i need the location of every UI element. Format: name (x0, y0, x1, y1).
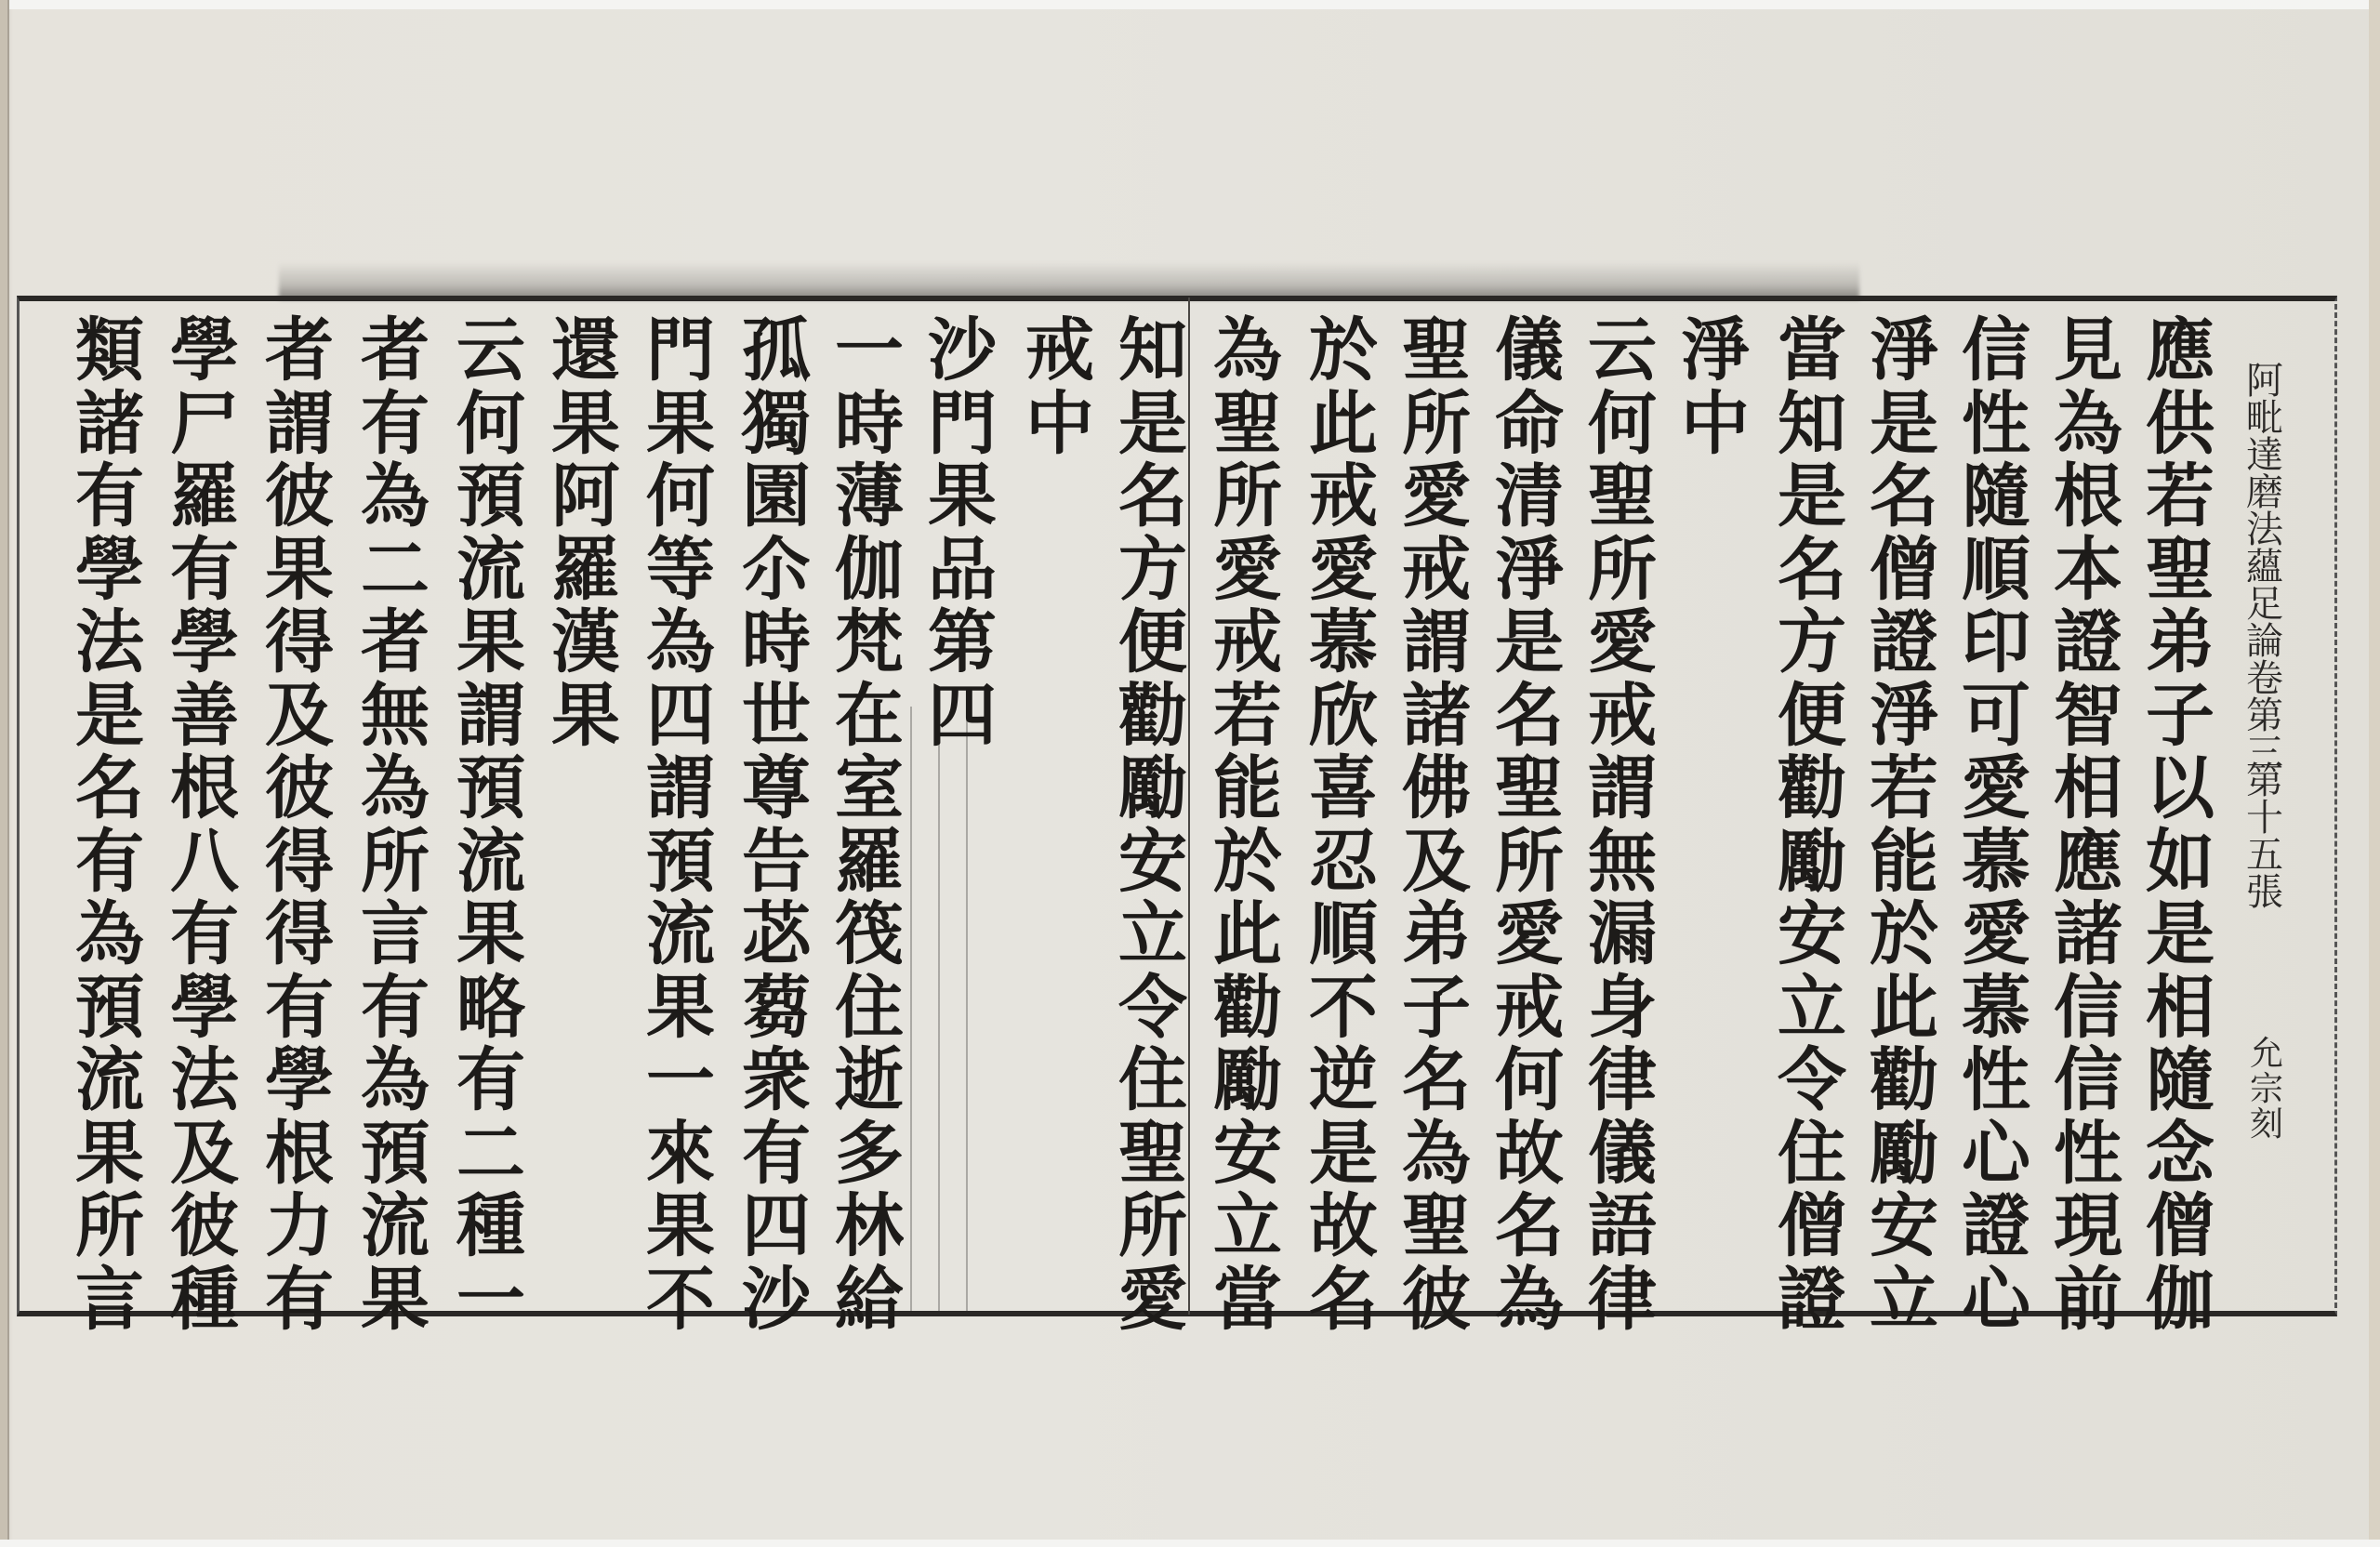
glyph: 者 (361, 606, 430, 680)
glyph: 謂 (265, 388, 334, 461)
glyph: 愛 (1118, 1263, 1187, 1337)
glyph: 及 (170, 1117, 239, 1191)
glyph: 僧 (1778, 1190, 1846, 1263)
glyph: 尸 (170, 388, 239, 461)
glyph: 性 (1962, 388, 2030, 461)
glyph: 根 (170, 752, 239, 826)
glyph: 梵 (835, 606, 904, 680)
glyph: 果 (646, 388, 715, 461)
glyph: 何 (1588, 388, 1657, 461)
glyph: 弟 (1402, 898, 1471, 972)
glyph: 預 (646, 826, 715, 899)
glyph: 名 (75, 752, 144, 826)
text-column-5: 當知是名方便勸勵安立令住僧證 (1765, 314, 1858, 1336)
glyph: 僧 (2146, 1190, 2215, 1263)
glyph: 果 (456, 898, 525, 972)
glyph: 果 (551, 680, 620, 753)
glyph: 信 (1962, 314, 2030, 388)
glyph: 種 (170, 1263, 239, 1337)
glyph: 流 (75, 1044, 144, 1117)
glyph: 淨 (1870, 314, 1938, 388)
glyph: 愛 (1588, 606, 1657, 680)
glyph: 果 (456, 606, 525, 680)
glyph: 聖 (1402, 1190, 1471, 1263)
glyph: 性 (2054, 1117, 2122, 1191)
glyph: 立 (1870, 1263, 1938, 1337)
glyph: 得 (265, 826, 334, 899)
text-column-11: 為聖所愛戒若能於此勸勵安立當 (1201, 314, 1294, 1336)
glyph: 是 (1778, 460, 1846, 534)
glyph: 有 (75, 460, 144, 534)
glyph: 門 (646, 314, 715, 388)
glyph: 隨 (2146, 1044, 2215, 1117)
glyph: 筏 (835, 898, 904, 972)
glyph: 苾 (742, 898, 811, 972)
glyph: 儀 (1495, 314, 1564, 388)
glyph: 勵 (1778, 826, 1846, 899)
glyph: 勵 (1118, 752, 1187, 826)
glyph: 安 (1778, 898, 1846, 972)
glyph: 所 (1402, 388, 1471, 461)
text-column-8: 儀命清淨是名聖所愛戒何故名為 (1483, 314, 1576, 1336)
glyph: 尒 (742, 534, 811, 607)
text-column-16: 孤獨園尒時世尊告苾蒭衆有四沙 (730, 314, 823, 1336)
glyph: 信 (2054, 972, 2122, 1045)
glyph: 有 (742, 1117, 811, 1191)
glyph: 允 (2250, 1037, 2283, 1072)
glyph: 是 (1118, 388, 1187, 461)
glyph: 得 (265, 606, 334, 680)
glyph: 四 (646, 680, 715, 753)
glyph: 聖 (1402, 314, 1471, 388)
glyph: 此 (1213, 898, 1282, 972)
glyph: 足 (2246, 586, 2283, 623)
glyph: 預 (456, 460, 525, 534)
glyph: 勸 (1870, 1044, 1938, 1117)
glyph: 便 (1118, 606, 1187, 680)
glyph: 略 (456, 972, 525, 1045)
glyph: 是 (1870, 388, 1938, 461)
glyph: 愛 (1402, 460, 1471, 534)
glyph: 勸 (1778, 752, 1846, 826)
glyph: 還 (551, 314, 620, 388)
glyph: 流 (456, 534, 525, 607)
glyph: 流 (646, 898, 715, 972)
glyph: 為 (2054, 388, 2122, 461)
glyph: 所 (1118, 1190, 1187, 1263)
glyph: 愛 (1962, 898, 2030, 972)
glyph: 等 (646, 534, 715, 607)
glyph: 第 (928, 606, 997, 680)
glyph: 住 (1778, 1117, 1846, 1191)
glyph: 名 (1309, 1263, 1378, 1337)
glyph: 令 (1118, 972, 1187, 1045)
glyph: 住 (835, 972, 904, 1045)
glyph: 法 (170, 1044, 239, 1117)
ink-smudge (279, 262, 1859, 299)
glyph: 流 (456, 826, 525, 899)
glyph: 知 (1118, 314, 1187, 388)
scanned-page: 阿毗達磨法蘊足論卷第三 第十五張 允宗刻 應供若聖弟子以如是相隨念僧伽 見為根本… (0, 0, 2380, 1547)
glyph: 言 (75, 1263, 144, 1337)
text-column-4: 淨是名僧證淨若能於此勸勵安立 (1858, 314, 1950, 1336)
glyph: 喜 (1309, 752, 1378, 826)
glyph: 愛 (1962, 752, 2030, 826)
glyph: 佛 (1402, 752, 1471, 826)
glyph: 二 (456, 1117, 525, 1191)
glyph: 無 (361, 680, 430, 753)
text-column-21: 者謂彼果得及彼得得有學根力有 (253, 314, 346, 1336)
glyph: 告 (742, 826, 811, 899)
glyph: 獨 (742, 388, 811, 461)
chapter-heading-column: 沙門果品第四 (916, 314, 1009, 752)
glyph: 能 (1870, 826, 1938, 899)
glyph: 僧 (1870, 534, 1938, 607)
scan-top-edge (0, 0, 2380, 9)
glyph: 若 (2146, 460, 2215, 534)
glyph: 淨 (1681, 314, 1750, 388)
glyph: 何 (646, 460, 715, 534)
glyph: 所 (1588, 534, 1657, 607)
glyph: 愛 (1213, 534, 1282, 607)
glyph: 心 (1962, 1117, 2030, 1191)
glyph: 根 (265, 1117, 334, 1191)
glyph: 刻 (2250, 1107, 2283, 1143)
glyph: 法 (2246, 511, 2283, 549)
glyph: 阿 (551, 460, 620, 534)
glyph: 為 (361, 752, 430, 826)
glyph: 愛 (1495, 898, 1564, 972)
glyph: 伽 (2146, 1263, 2215, 1337)
glyph: 及 (1402, 826, 1471, 899)
glyph: 蘊 (2246, 549, 2283, 586)
glyph: 如 (2146, 826, 2215, 899)
glyph: 流 (361, 1190, 430, 1263)
glyph: 有 (361, 972, 430, 1045)
glyph: 儀 (1588, 1117, 1657, 1191)
glyph: 沙 (928, 314, 997, 388)
glyph: 勵 (1870, 1117, 1938, 1191)
glyph: 有 (456, 1044, 525, 1117)
glyph: 有 (75, 826, 144, 899)
glyph: 供 (2146, 388, 2215, 461)
glyph: 漏 (1588, 898, 1657, 972)
glyph: 時 (835, 388, 904, 461)
glyph: 預 (456, 752, 525, 826)
text-column-19: 云何預流果謂預流果略有二種一 (444, 314, 537, 1336)
glyph: 證 (1870, 606, 1938, 680)
glyph: 命 (1495, 388, 1564, 461)
glyph: 有 (265, 1263, 334, 1337)
glyph: 果 (551, 388, 620, 461)
glyph: 安 (1870, 1190, 1938, 1263)
glyph: 慕 (1309, 606, 1378, 680)
glyph: 謂 (456, 680, 525, 753)
binding-edge (0, 0, 9, 1547)
glyph: 學 (170, 314, 239, 388)
glyph: 勵 (1213, 1044, 1282, 1117)
glyph: 印 (1962, 606, 2030, 680)
scan-bottom-edge (0, 1540, 2380, 1547)
glyph: 名 (1118, 460, 1187, 534)
glyph: 前 (2054, 1263, 2122, 1337)
glyph: 於 (1309, 314, 1378, 388)
glyph: 學 (170, 972, 239, 1045)
glyph: 聖 (2146, 534, 2215, 607)
glyph: 方 (1118, 534, 1187, 607)
glyph: 為 (361, 460, 430, 534)
glyph: 根 (2054, 460, 2122, 534)
glyph: 為 (646, 606, 715, 680)
glyph: 蒭 (742, 972, 811, 1045)
glyph: 所 (361, 826, 430, 899)
glyph: 現 (2054, 1190, 2122, 1263)
glyph: 是 (75, 680, 144, 753)
glyph: 羅 (551, 534, 620, 607)
glyph: 可 (1962, 680, 2030, 753)
glyph: 能 (1213, 752, 1282, 826)
glyph: 類 (75, 314, 144, 388)
glyph: 有 (170, 534, 239, 607)
glyph: 謂 (646, 752, 715, 826)
glyph: 應 (2054, 826, 2122, 899)
glyph: 預 (75, 972, 144, 1045)
glyph: 證 (1778, 1263, 1846, 1337)
glyph: 名 (1495, 680, 1564, 753)
glyph: 一 (456, 1263, 525, 1337)
glyph: 卷 (2246, 660, 2283, 697)
glyph: 張 (2246, 874, 2283, 911)
glyph: 及 (265, 680, 334, 753)
glyph: 為 (75, 898, 144, 972)
glyph: 者 (265, 314, 334, 388)
glyph: 相 (2146, 972, 2215, 1045)
glyph: 羅 (835, 826, 904, 899)
glyph: 勸 (1213, 972, 1282, 1045)
glyph: 淨 (1495, 534, 1564, 607)
glyph: 名 (1495, 1190, 1564, 1263)
glyph: 律 (1588, 1044, 1657, 1117)
glyph: 毗 (2246, 400, 2283, 437)
glyph: 名 (1870, 460, 1938, 534)
scan-right-edge (2369, 0, 2380, 1547)
text-column-22: 學尸羅有學善根八有學法及彼種 (158, 314, 251, 1336)
glyph: 身 (1588, 972, 1657, 1045)
glyph: 彼 (1402, 1263, 1471, 1337)
glyph: 言 (361, 898, 430, 972)
marginal-title: 阿毗達磨法蘊足論卷第三 (2239, 363, 2291, 772)
glyph: 第 (2246, 762, 2283, 800)
text-column-7: 云何聖所愛戒謂無漏身律儀語律 (1576, 314, 1669, 1336)
glyph: 園 (742, 460, 811, 534)
glyph: 當 (1213, 1263, 1282, 1337)
glyph: 果 (75, 1117, 144, 1191)
glyph: 中 (1681, 388, 1750, 461)
glyph: 學 (170, 606, 239, 680)
text-column-3: 信性隨順印可愛慕愛慕性心證心 (1950, 314, 2043, 1336)
glyph: 彼 (265, 460, 334, 534)
glyph: 所 (1495, 826, 1564, 899)
glyph: 此 (1870, 972, 1938, 1045)
glyph: 聖 (1213, 388, 1282, 461)
glyph: 法 (75, 606, 144, 680)
text-column-18: 還果阿羅漢果 (539, 314, 632, 752)
marginal-carver-name: 允宗刻 (2241, 1037, 2293, 1143)
glyph: 學 (265, 1044, 334, 1117)
glyph: 應 (2146, 314, 2215, 388)
glyph: 衆 (742, 1044, 811, 1117)
glyph: 名 (1402, 1044, 1471, 1117)
glyph: 安 (1213, 1117, 1282, 1191)
text-column-9: 聖所愛戒謂諸佛及弟子名為聖彼 (1390, 314, 1483, 1336)
glyph: 勸 (1118, 680, 1187, 753)
glyph: 諸 (75, 388, 144, 461)
glyph: 戒 (1402, 534, 1471, 607)
glyph: 住 (1118, 1044, 1187, 1117)
glyph: 諸 (2054, 898, 2122, 972)
glyph: 知 (1778, 388, 1846, 461)
glyph: 力 (265, 1190, 334, 1263)
glyph: 謂 (1588, 752, 1657, 826)
glyph: 於 (1213, 826, 1282, 899)
glyph: 當 (1778, 314, 1846, 388)
glyph: 林 (835, 1190, 904, 1263)
glyph: 立 (1118, 898, 1187, 972)
glyph: 心 (1962, 1263, 2030, 1337)
glyph: 磨 (2246, 474, 2283, 511)
text-column-1: 應供若聖弟子以如是相隨念僧伽 (2134, 314, 2227, 1336)
glyph: 不 (646, 1263, 715, 1337)
glyph: 證 (2054, 606, 2122, 680)
glyph: 忍 (1309, 826, 1378, 899)
glyph: 達 (2246, 437, 2283, 474)
glyph: 見 (2054, 314, 2122, 388)
glyph: 念 (2146, 1117, 2215, 1191)
glyph: 順 (1962, 534, 2030, 607)
glyph: 隨 (1962, 460, 2030, 534)
glyph: 若 (1213, 680, 1282, 753)
glyph: 種 (456, 1190, 525, 1263)
glyph: 是 (1309, 1117, 1378, 1191)
glyph: 學 (75, 534, 144, 607)
text-column-10: 於此戒愛慕欣喜忍順不逆是故名 (1297, 314, 1390, 1336)
glyph: 律 (1588, 1263, 1657, 1337)
glyph: 性 (1962, 1044, 2030, 1117)
glyph: 是 (2146, 898, 2215, 972)
glyph: 世 (742, 680, 811, 753)
glyph: 一 (835, 314, 904, 388)
glyph: 多 (835, 1117, 904, 1191)
glyph: 相 (2054, 752, 2122, 826)
glyph: 清 (1495, 460, 1564, 534)
glyph: 得 (265, 898, 334, 972)
glyph: 是 (1495, 606, 1564, 680)
glyph: 室 (835, 752, 904, 826)
glyph: 十 (2246, 800, 2283, 837)
glyph: 戒 (1495, 972, 1564, 1045)
glyph: 者 (361, 314, 430, 388)
glyph: 聖 (1118, 1117, 1187, 1191)
glyph: 在 (835, 680, 904, 753)
glyph: 立 (1213, 1190, 1282, 1263)
glyph: 漢 (551, 606, 620, 680)
glyph: 四 (742, 1190, 811, 1263)
glyph: 一 (646, 1044, 715, 1117)
glyph: 有 (170, 898, 239, 972)
glyph: 八 (170, 826, 239, 899)
text-column-13: 戒中 (1013, 314, 1106, 460)
marginal-page-number: 第十五張 (2239, 762, 2291, 911)
glyph: 果 (646, 972, 715, 1045)
glyph: 善 (170, 680, 239, 753)
glyph: 謂 (1402, 606, 1471, 680)
text-column-2: 見為根本證智相應諸信信性現前 (2042, 314, 2135, 1336)
glyph: 逝 (835, 1044, 904, 1117)
glyph: 語 (1588, 1190, 1657, 1263)
glyph: 第 (2246, 697, 2283, 734)
glyph: 以 (2146, 752, 2215, 826)
glyph: 證 (1962, 1190, 2030, 1263)
glyph: 五 (2246, 837, 2283, 874)
glyph: 為 (1213, 314, 1282, 388)
glyph: 安 (1118, 826, 1187, 899)
glyph: 戒 (1025, 314, 1094, 388)
glyph: 戒 (1213, 606, 1282, 680)
glyph: 羅 (170, 460, 239, 534)
glyph: 果 (646, 1190, 715, 1263)
glyph: 信 (2054, 1044, 2122, 1117)
glyph: 所 (75, 1190, 144, 1263)
glyph: 四 (928, 680, 997, 753)
glyph: 給 (835, 1263, 904, 1337)
glyph: 逆 (1309, 1044, 1378, 1117)
glyph: 慕 (1962, 972, 2030, 1045)
text-column-12: 知是名方便勸勵安立令住聖所愛 (1106, 314, 1199, 1336)
glyph: 若 (1870, 752, 1938, 826)
glyph: 時 (742, 606, 811, 680)
glyph: 弟 (2146, 606, 2215, 680)
glyph: 阿 (2246, 363, 2283, 400)
glyph: 品 (928, 534, 997, 607)
glyph: 便 (1778, 680, 1846, 753)
glyph: 何 (456, 388, 525, 461)
glyph: 為 (1495, 1263, 1564, 1337)
glyph: 順 (1309, 898, 1378, 972)
glyph: 本 (2054, 534, 2122, 607)
glyph: 令 (1778, 1044, 1846, 1117)
text-column-17: 門果何等為四謂預流果一來果不 (634, 314, 727, 1336)
glyph: 彼 (265, 752, 334, 826)
glyph: 聖 (1495, 752, 1564, 826)
glyph: 淨 (1870, 680, 1938, 753)
glyph: 果 (361, 1263, 430, 1337)
glyph: 慕 (1962, 826, 2030, 899)
glyph: 中 (1025, 388, 1094, 461)
glyph: 云 (456, 314, 525, 388)
glyph: 尊 (742, 752, 811, 826)
glyph: 論 (2246, 623, 2283, 660)
glyph: 不 (1309, 972, 1378, 1045)
text-column-23: 類諸有學法是名有為預流果所言 (63, 314, 156, 1336)
glyph: 愛 (1309, 534, 1378, 607)
glyph: 此 (1309, 388, 1378, 461)
glyph: 沙 (742, 1263, 811, 1337)
glyph: 立 (1778, 972, 1846, 1045)
glyph: 預 (361, 1117, 430, 1191)
glyph: 為 (1402, 1117, 1471, 1191)
glyph: 云 (1588, 314, 1657, 388)
glyph: 故 (1495, 1117, 1564, 1191)
